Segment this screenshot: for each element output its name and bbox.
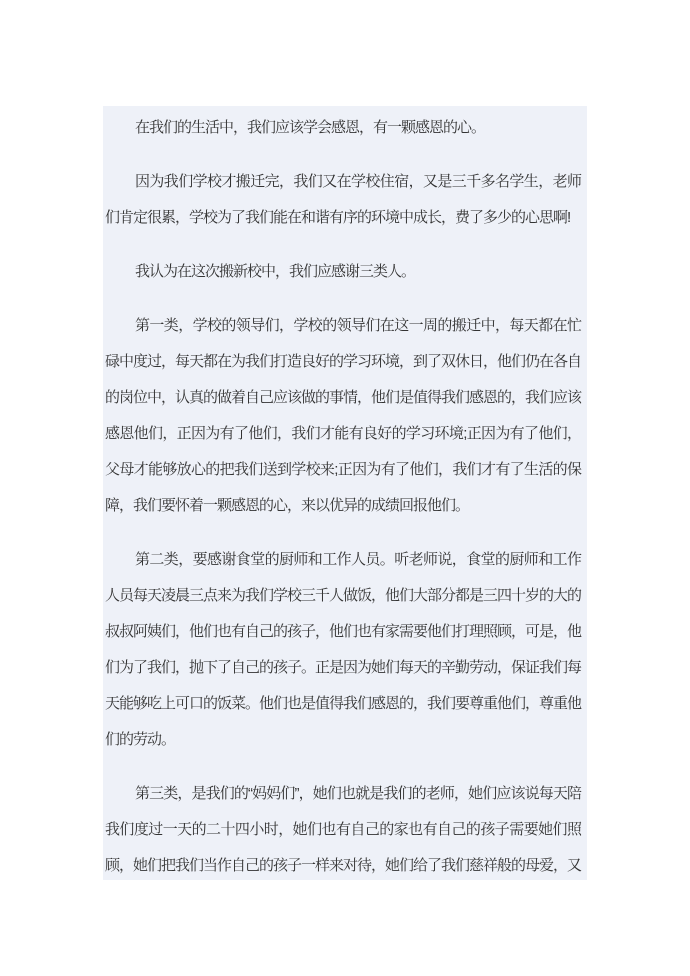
document-content: 在我们的生活中，我们应该学会感恩，有一颗感恩的心。 因为我们学校才搬迁完，我们又… bbox=[103, 106, 587, 880]
paragraph-background: 因为我们学校才搬迁完，我们又在学校住宿，又是三千多名学生，老师们肯定很累，学校为… bbox=[105, 164, 581, 236]
paragraph-second-group: 第二类，要感谢食堂的厨师和工作人员。听老师说，食堂的厨师和工作人员每天凌晨三点来… bbox=[105, 542, 581, 758]
paragraph-third-group: 第三类，是我们的“妈妈们”，她们也就是我们的老师，她们应该说每天陪我们度过一天的… bbox=[105, 776, 581, 880]
paragraph-intro: 在我们的生活中，我们应该学会感恩，有一颗感恩的心。 bbox=[105, 110, 581, 146]
paragraph-first-group: 第一类，学校的领导们，学校的领导们在这一周的搬迁中，每天都在忙碌中度过，每天都在… bbox=[105, 308, 581, 524]
paragraph-thesis: 我认为在这次搬新校中，我们应感谢三类人。 bbox=[105, 254, 581, 290]
document-page: 在我们的生活中，我们应该学会感恩，有一颗感恩的心。 因为我们学校才搬迁完，我们又… bbox=[0, 0, 690, 976]
